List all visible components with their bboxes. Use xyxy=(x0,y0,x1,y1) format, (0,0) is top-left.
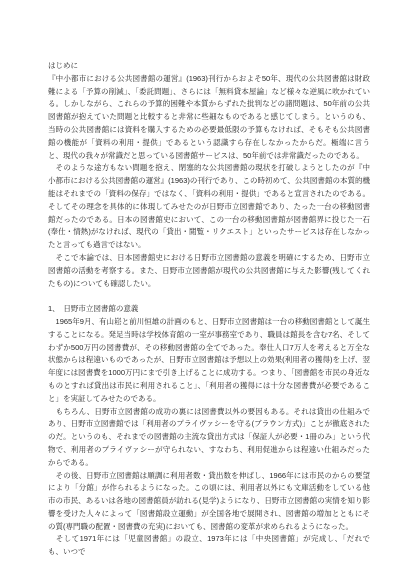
section-1-paragraph-3: その後、日野市立図書館は順調に利用者数・貸出数を伸ばし、1966年には市民のから… xyxy=(48,470,370,534)
section-1-paragraph-1: 1965年9月、有山崧と前川恒雄の計画のもと、日野市立図書館は一台の移動図書館と… xyxy=(48,316,370,406)
intro-heading: はじめに xyxy=(48,60,370,73)
intro-paragraph-3: そこで本論では、日本図書館史における日野市立図書館の意義を明確にするため、日野市… xyxy=(48,252,370,290)
section-1-heading: 1、 日野市立図書館の意義 xyxy=(48,303,370,316)
intro-paragraph-1: 『中小都市における公共図書館の運営』(1963)刊行からおよそ50年、現代の公共… xyxy=(48,73,370,163)
intro-paragraph-2: そのような途方もない問題を抱え、閉塞的な公共図書館の現状を打破しようとしたのが『… xyxy=(48,162,370,252)
document-page: はじめに 『中小都市における公共図書館の運営』(1963)刊行からおよそ50年、… xyxy=(0,0,410,580)
section-1-paragraph-4: そして1971年には「児童図書館」の設立、1973年には「中央図書館」が完成し、… xyxy=(48,533,370,559)
section-1-paragraph-2: もちろん、日野市立図書館の成功の裏には図書費以外の要因もある。それは貸出の仕組み… xyxy=(48,406,370,470)
document-content: はじめに 『中小都市における公共図書館の運営』(1963)刊行からおよそ50年、… xyxy=(48,60,370,559)
